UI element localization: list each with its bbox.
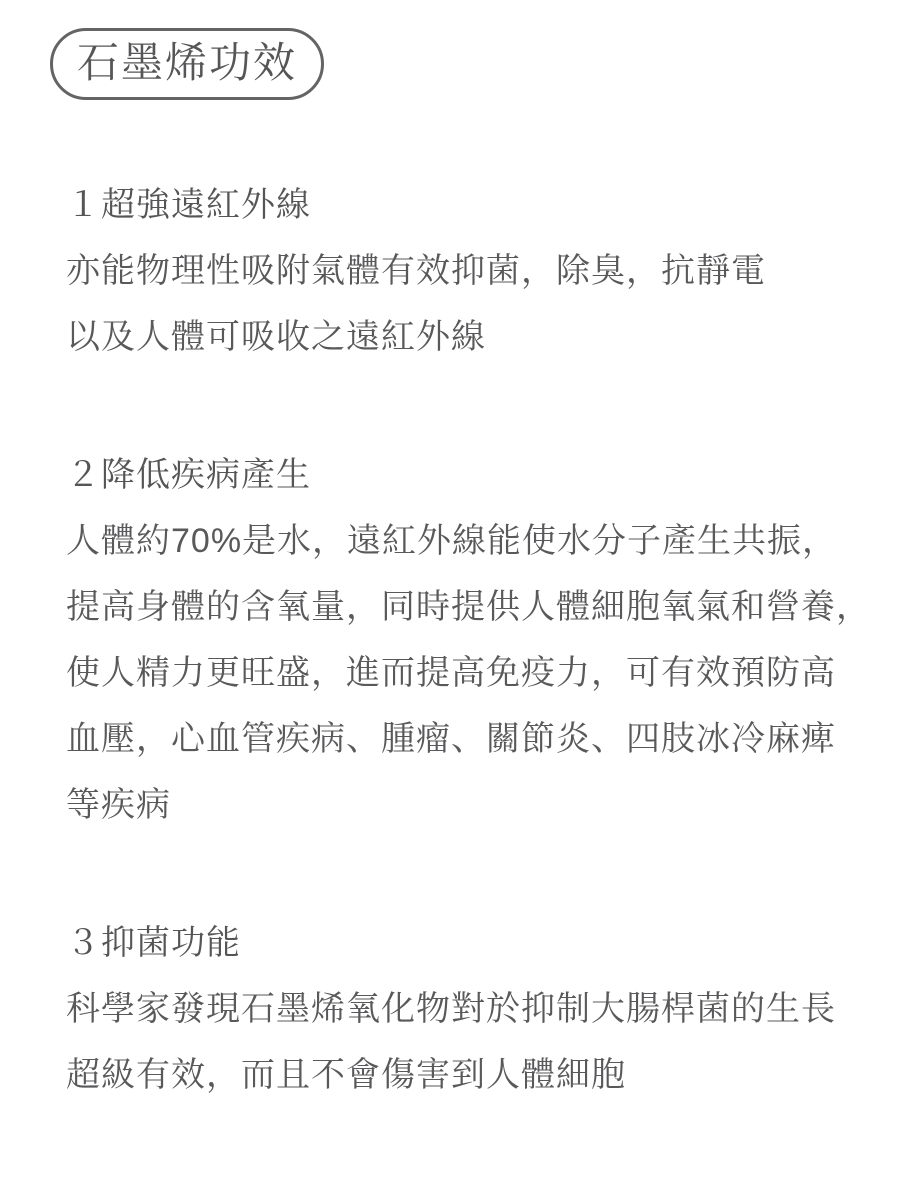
section-line: 超級有效，而且不會傷害到人體細胞 bbox=[66, 1042, 880, 1108]
section-heading: １超強遠紅外線 bbox=[66, 172, 880, 238]
section-heading: ２降低疾病產生 bbox=[66, 442, 880, 508]
section-far-infrared: １超強遠紅外線 亦能物理性吸附氣體有效抑菌，除臭，抗靜電 以及人體可吸收之遠紅外… bbox=[66, 172, 880, 370]
page-title: 石墨烯功效 bbox=[77, 39, 297, 86]
section-antibacterial: ３抑菌功能 科學家發現石墨烯氧化物對於抑制大腸桿菌的生長 超級有效，而且不會傷害… bbox=[66, 910, 880, 1108]
section-line: 提高身體的含氧量，同時提供人體細胞氧氣和營養， bbox=[66, 574, 880, 640]
section-heading: ３抑菌功能 bbox=[66, 910, 880, 976]
section-line: 以及人體可吸收之遠紅外線 bbox=[66, 304, 880, 370]
page: 石墨烯功效 １超強遠紅外線 亦能物理性吸附氣體有效抑菌，除臭，抗靜電 以及人體可… bbox=[0, 0, 900, 1180]
title-pill: 石墨烯功效 bbox=[50, 28, 324, 100]
section-line: 亦能物理性吸附氣體有效抑菌，除臭，抗靜電 bbox=[66, 238, 880, 304]
section-line: 科學家發現石墨烯氧化物對於抑制大腸桿菌的生長 bbox=[66, 976, 880, 1042]
section-line: 等疾病 bbox=[66, 772, 880, 838]
section-disease-reduction: ２降低疾病產生 人體約70%是水，遠紅外線能使水分子產生共振， 提高身體的含氧量… bbox=[66, 442, 880, 838]
section-line: 人體約70%是水，遠紅外線能使水分子產生共振， bbox=[66, 508, 880, 574]
section-line: 使人精力更旺盛，進而提高免疫力，可有效預防高 bbox=[66, 640, 880, 706]
content: １超強遠紅外線 亦能物理性吸附氣體有效抑菌，除臭，抗靜電 以及人體可吸收之遠紅外… bbox=[0, 172, 900, 1108]
section-line: 血壓，心血管疾病、腫瘤、關節炎、四肢冰冷麻痺 bbox=[66, 706, 880, 772]
